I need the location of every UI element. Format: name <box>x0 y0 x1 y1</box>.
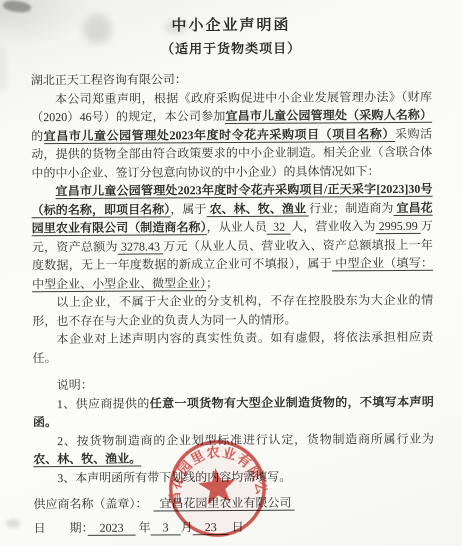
text-run: 行业；制造商为 <box>309 201 393 216</box>
text-run: 人，营业收入为 <box>291 219 376 234</box>
fill-in-blank: 宜昌花园里农业有限公司 <box>153 496 294 512</box>
text-run: 的 <box>31 129 44 143</box>
text-run: 本企业对上述声明内容的真实性负责。如有虚假，将依法承担相应责任。 <box>33 330 434 365</box>
document-body: 湖北正天工程咨询有限公司：本公司郑重声明，根据《政府采购促进中小企业发展管理办法… <box>31 69 434 367</box>
note-1: 1、供应商提供的任意一项货物有大型企业制造货物的，不填写本声明函。 <box>33 392 434 431</box>
responsibility-statement: 本企业对上述声明内容的真实性负责。如有虚假，将依法承担相应责任。 <box>32 328 433 367</box>
text-run: ，从业人员 <box>207 220 267 234</box>
document-title: 中小企业声明函 <box>30 13 431 36</box>
text-run: 年 <box>136 520 151 534</box>
fill-in-blank: 宜昌市儿童公园管理处2023年度时令花卉采购项目（项目名称） <box>44 126 395 143</box>
declaration-document: 中小企业声明函 （适用于货物类项目） 湖北正天工程咨询有限公司：本公司郑重声明，… <box>0 0 462 537</box>
fill-in-blank: 32 <box>267 220 291 235</box>
fill-in-blank: 2995.99 <box>376 219 421 234</box>
fill-in-blank: 3278.43 <box>118 239 164 254</box>
declaration-intro: 本公司郑重声明，根据《政府采购促进中小企业发展管理办法》（财库（2020）46号… <box>31 87 433 182</box>
fill-in-blank: 2023 <box>88 520 136 535</box>
notes-heading: 说明： <box>33 374 434 395</box>
salutation: 湖北正天工程咨询有限公司： <box>31 69 432 90</box>
text-run <box>141 496 153 510</box>
date-line: 日 期： 2023 年 3 月 23 日 <box>34 516 435 537</box>
text-run: 以上企业，不属于大企业的分支机构，不存在控股股东为大企业的情形，也不存在与大企业… <box>32 293 433 328</box>
fill-in-blank: 宜昌市儿童公园管理处（采购人名称） <box>225 108 432 124</box>
document-subtitle: （适用于货物类项目） <box>31 37 432 58</box>
text-run: 湖北正天工程咨询有限公司： <box>31 72 187 87</box>
note-3: 3、本声明函所有带下划线的内容均需填写。 <box>33 466 434 487</box>
supplier-name-line: 供应商名称（盖章）： 宜昌花园里农业有限公司 <box>33 493 434 514</box>
signature-section: 供应商名称（盖章）： 宜昌花园里农业有限公司 日 期： 2023 年 3 月 2… <box>33 493 434 537</box>
text-run: ； <box>206 276 218 290</box>
text-run: 供应商名称（盖章）： <box>33 497 141 512</box>
fill-in-blank: 农、林、牧、渔业。 <box>33 452 141 468</box>
text-run <box>46 520 70 534</box>
text-run: ，属于 <box>170 202 206 216</box>
enterprise-details: 宜昌市儿童公园管理处2023年度时令花卉采购项目/正天采字[2023]30号（标… <box>31 180 433 293</box>
note-2: 2、按货物制造商的企业划型标准进行认定，货物制造商所属行业为农、林、牧、渔业。 <box>33 429 434 468</box>
text-run: 2、按货物制造商的企业划型标准进行认定，货物制造商所属行业为 <box>57 431 434 447</box>
text-run: 期： <box>70 520 88 534</box>
text-run: 日 <box>34 521 46 535</box>
fill-in-blank: 3 <box>151 520 181 535</box>
fill-in-blank: 农、林、牧、渔业 <box>206 201 309 217</box>
notes-section: 说明：1、供应商提供的任意一项货物有大型企业制造货物的，不填写本声明函。2、按货… <box>33 374 435 487</box>
text-run: 月 <box>181 520 193 534</box>
text-run: 说明： <box>57 378 93 392</box>
scanned-page: 中小企业声明函 （适用于货物类项目） 湖北正天工程咨询有限公司：本公司郑重声明，… <box>0 0 462 546</box>
text-run: 1、供应商提供的 <box>57 396 150 411</box>
branch-statement: 以上企业，不属于大企业的分支机构，不存在控股股东为大企业的情形，也不存在与大企业… <box>32 291 433 330</box>
text-run: 日 <box>229 519 244 533</box>
text-run: 3、本声明函所有带下划线的内容均需填写。 <box>57 469 291 484</box>
fill-in-blank: 23 <box>193 520 229 535</box>
